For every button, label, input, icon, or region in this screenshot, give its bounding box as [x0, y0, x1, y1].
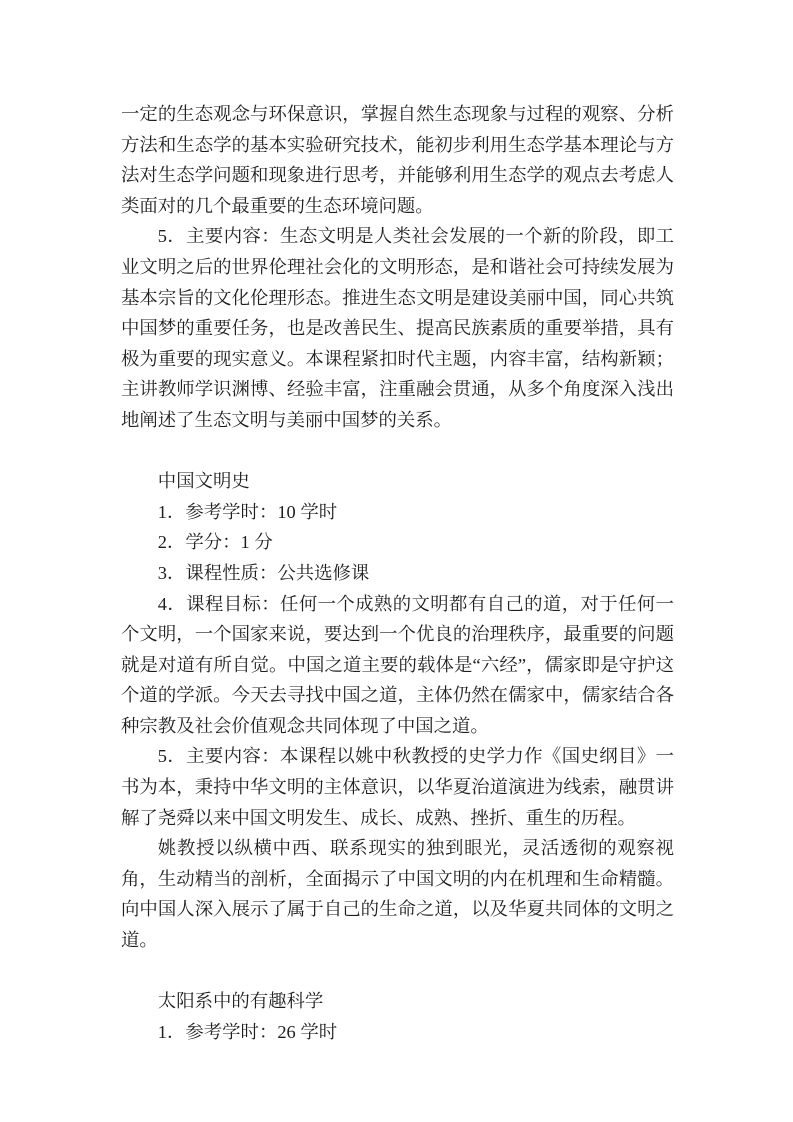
list-item-course-type: 3．课程性质：公共选修课 — [121, 558, 674, 589]
document-page: 一定的生态观念与环保意识，掌握自然生态现象与过程的观察、分析方法和生态学的基本实… — [0, 0, 793, 1122]
paragraph-ecology-goal-continuation: 一定的生态观念与环保意识，掌握自然生态现象与过程的观察、分析方法和生态学的基本实… — [121, 99, 674, 221]
list-item-credits: 2．学分：1 分 — [121, 527, 674, 558]
blank-line — [121, 436, 674, 467]
section-title-chinese-civilization: 中国文明史 — [121, 466, 674, 497]
paragraph-professor-description: 姚教授以纵横中西、联系现实的独到眼光，灵活透彻的观察视角，生动精当的剖析，全面揭… — [121, 833, 674, 955]
list-item-solar-reference-hours: 1．参考学时：26 学时 — [121, 1017, 674, 1048]
paragraph-civilization-main-content: 5．主要内容：本课程以姚中秋教授的史学力作《国史纲目》一书为本，秉持中华文明的主… — [121, 741, 674, 833]
list-item-reference-hours: 1．参考学时：10 学时 — [121, 497, 674, 528]
section-title-solar-system: 太阳系中的有趣科学 — [121, 986, 674, 1017]
blank-line — [121, 956, 674, 987]
paragraph-ecology-main-content: 5．主要内容：生态文明是人类社会发展的一个新的阶段，即工业文明之后的世界伦理社会… — [121, 221, 674, 435]
paragraph-course-goal: 4．课程目标：任何一个成熟的文明都有自己的道，对于任何一个文明，一个国家来说，要… — [121, 589, 674, 742]
